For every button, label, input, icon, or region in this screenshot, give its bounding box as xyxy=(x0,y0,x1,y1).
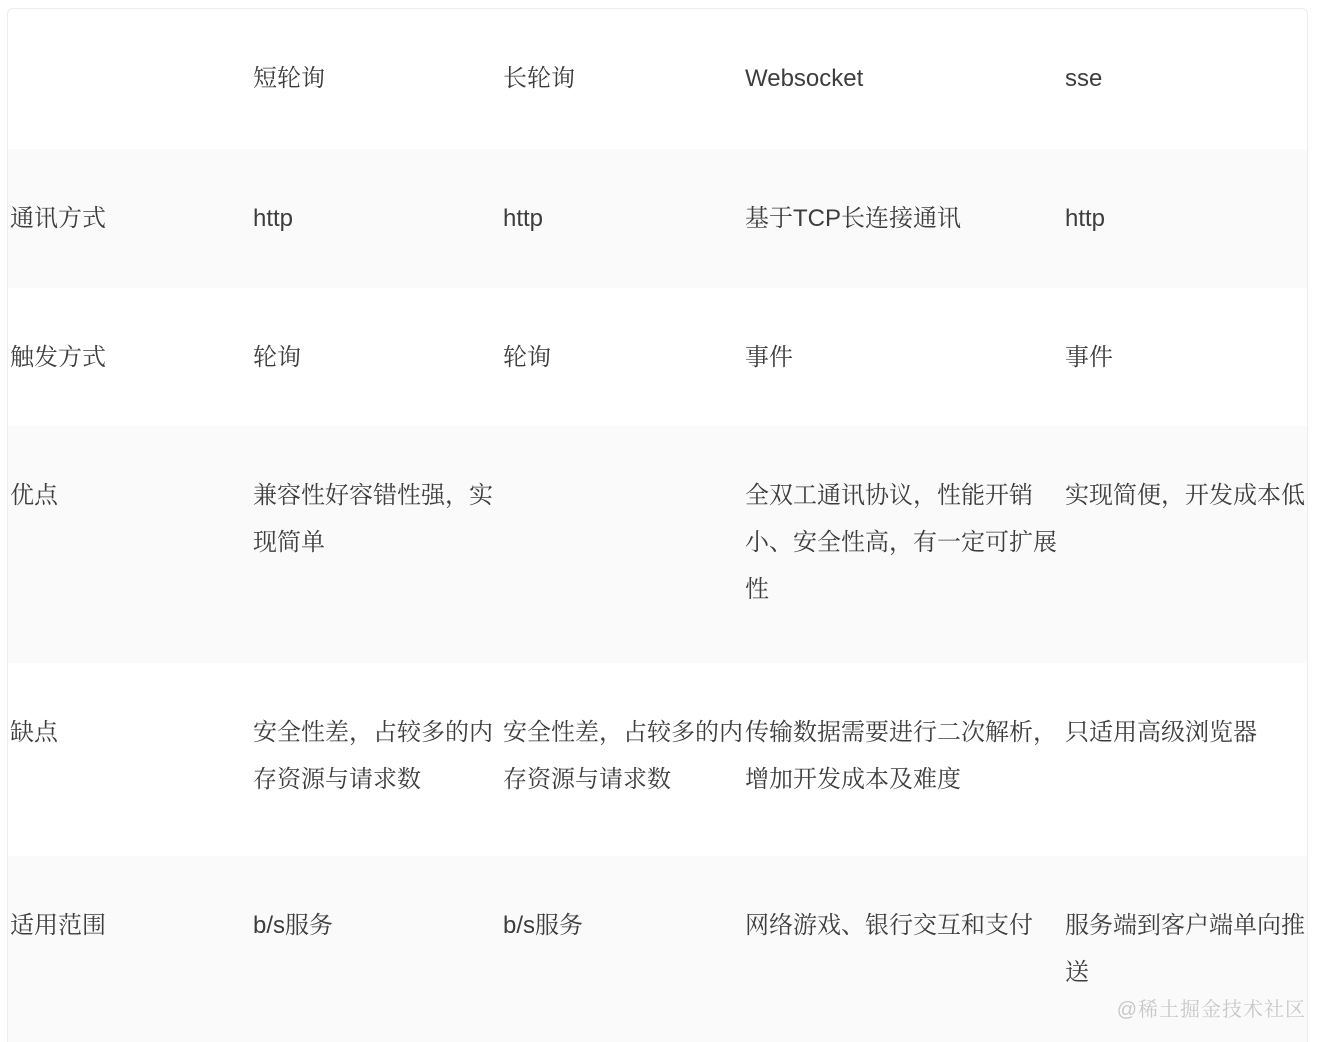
cell-line: 轮询 xyxy=(503,334,745,381)
table-cell: http xyxy=(503,149,745,288)
cell-line: 安全性差，占较多的内 xyxy=(503,709,745,756)
table-cell: 实现简便，开发成本低 xyxy=(1065,426,1307,663)
table-row-disadvantages: 缺点 安全性差，占较多的内 存资源与请求数 安全性差，占较多的内 存资源与请求数… xyxy=(8,663,1307,856)
table-cell: http xyxy=(1065,149,1307,288)
cell-line: 存资源与请求数 xyxy=(503,756,745,803)
table-row-trigger-method: 触发方式 轮询 轮询 事件 事件 xyxy=(8,288,1307,426)
table-cell: http xyxy=(253,149,503,288)
table-header-row: 短轮询 长轮询 Websocket sse xyxy=(8,9,1307,149)
table-cell: 轮询 xyxy=(503,288,745,426)
row-label: 通讯方式 xyxy=(8,149,253,288)
table-cell: 轮询 xyxy=(253,288,503,426)
cell-line: 服务端到客户端单向推 xyxy=(1065,902,1307,949)
cell-line: 小、安全性高，有一定可扩展 xyxy=(745,519,1065,566)
cell-line: b/s服务 xyxy=(253,902,503,949)
header-cell-empty xyxy=(8,9,253,149)
row-label-text: 优点 xyxy=(10,472,253,519)
table-cell: 基于TCP长连接通讯 xyxy=(745,149,1065,288)
header-cell-sse: sse xyxy=(1065,9,1307,149)
table-cell: 安全性差，占较多的内 存资源与请求数 xyxy=(503,663,745,856)
header-cell-short-polling: 短轮询 xyxy=(253,9,503,149)
table-cell-empty xyxy=(503,426,745,663)
cell-line: 兼容性好容错性强，实 xyxy=(253,472,503,519)
header-label: sse xyxy=(1065,55,1307,102)
row-label-text: 缺点 xyxy=(10,709,253,756)
row-label-text: 适用范围 xyxy=(10,902,253,949)
table-row-communication-method: 通讯方式 http http 基于TCP长连接通讯 http xyxy=(8,149,1307,288)
page: 短轮询 长轮询 Websocket sse 通讯方式 http http xyxy=(0,0,1328,1042)
table-cell: 事件 xyxy=(1065,288,1307,426)
row-label: 适用范围 xyxy=(8,856,253,1042)
table-cell: 传输数据需要进行二次解析， 增加开发成本及难度 xyxy=(745,663,1065,856)
table-cell: 安全性差，占较多的内 存资源与请求数 xyxy=(253,663,503,856)
header-cell-long-polling: 长轮询 xyxy=(503,9,745,149)
cell-line: 事件 xyxy=(745,334,1065,381)
header-label: 长轮询 xyxy=(503,55,745,102)
table-row-applicable-scope: 适用范围 b/s服务 b/s服务 网络游戏、银行交互和支付 服务端到客户端单向推… xyxy=(8,856,1307,1042)
cell-line: http xyxy=(253,195,503,242)
cell-line: 网络游戏、银行交互和支付 xyxy=(745,902,1065,949)
table-cell: 事件 xyxy=(745,288,1065,426)
table-row-advantages: 优点 兼容性好容错性强，实 现简单 全双工通讯协议，性能开销 小、安全性高，有一… xyxy=(8,426,1307,663)
table-cell: 只适用高级浏览器 xyxy=(1065,663,1307,856)
cell-line: 基于TCP长连接通讯 xyxy=(745,195,1065,242)
table-cell: 全双工通讯协议，性能开销 小、安全性高，有一定可扩展 性 xyxy=(745,426,1065,663)
cell-line: 送 xyxy=(1065,949,1307,996)
row-label: 优点 xyxy=(8,426,253,663)
cell-line: 安全性差，占较多的内 xyxy=(253,709,503,756)
table-cell: 兼容性好容错性强，实 现简单 xyxy=(253,426,503,663)
row-label: 缺点 xyxy=(8,663,253,856)
cell-line: 现简单 xyxy=(253,519,503,566)
table-cell: b/s服务 xyxy=(253,856,503,1042)
cell-line: 增加开发成本及难度 xyxy=(745,756,1065,803)
cell-line: 性 xyxy=(745,566,1065,613)
header-label: 短轮询 xyxy=(253,55,503,102)
cell-line: 事件 xyxy=(1065,334,1307,381)
cell-line: 只适用高级浏览器 xyxy=(1065,709,1307,756)
watermark: @稀土掘金技术社区 xyxy=(1117,993,1306,1022)
cell-line: 传输数据需要进行二次解析， xyxy=(745,709,1065,756)
cell-line: 轮询 xyxy=(253,334,503,381)
cell-line: 实现简便，开发成本低 xyxy=(1065,472,1307,519)
row-label-text: 通讯方式 xyxy=(10,195,253,242)
cell-line: http xyxy=(1065,195,1307,242)
cell-line: 全双工通讯协议，性能开销 xyxy=(745,472,1065,519)
cell-line: 存资源与请求数 xyxy=(253,756,503,803)
table-cell: 网络游戏、银行交互和支付 xyxy=(745,856,1065,1042)
comparison-table: 短轮询 长轮询 Websocket sse 通讯方式 http http xyxy=(7,8,1308,1042)
cell-line: b/s服务 xyxy=(503,902,745,949)
header-cell-websocket: Websocket xyxy=(745,9,1065,149)
row-label-text: 触发方式 xyxy=(10,334,253,381)
header-label: Websocket xyxy=(745,55,1065,102)
row-label: 触发方式 xyxy=(8,288,253,426)
table-cell: b/s服务 xyxy=(503,856,745,1042)
cell-line: http xyxy=(503,195,745,242)
